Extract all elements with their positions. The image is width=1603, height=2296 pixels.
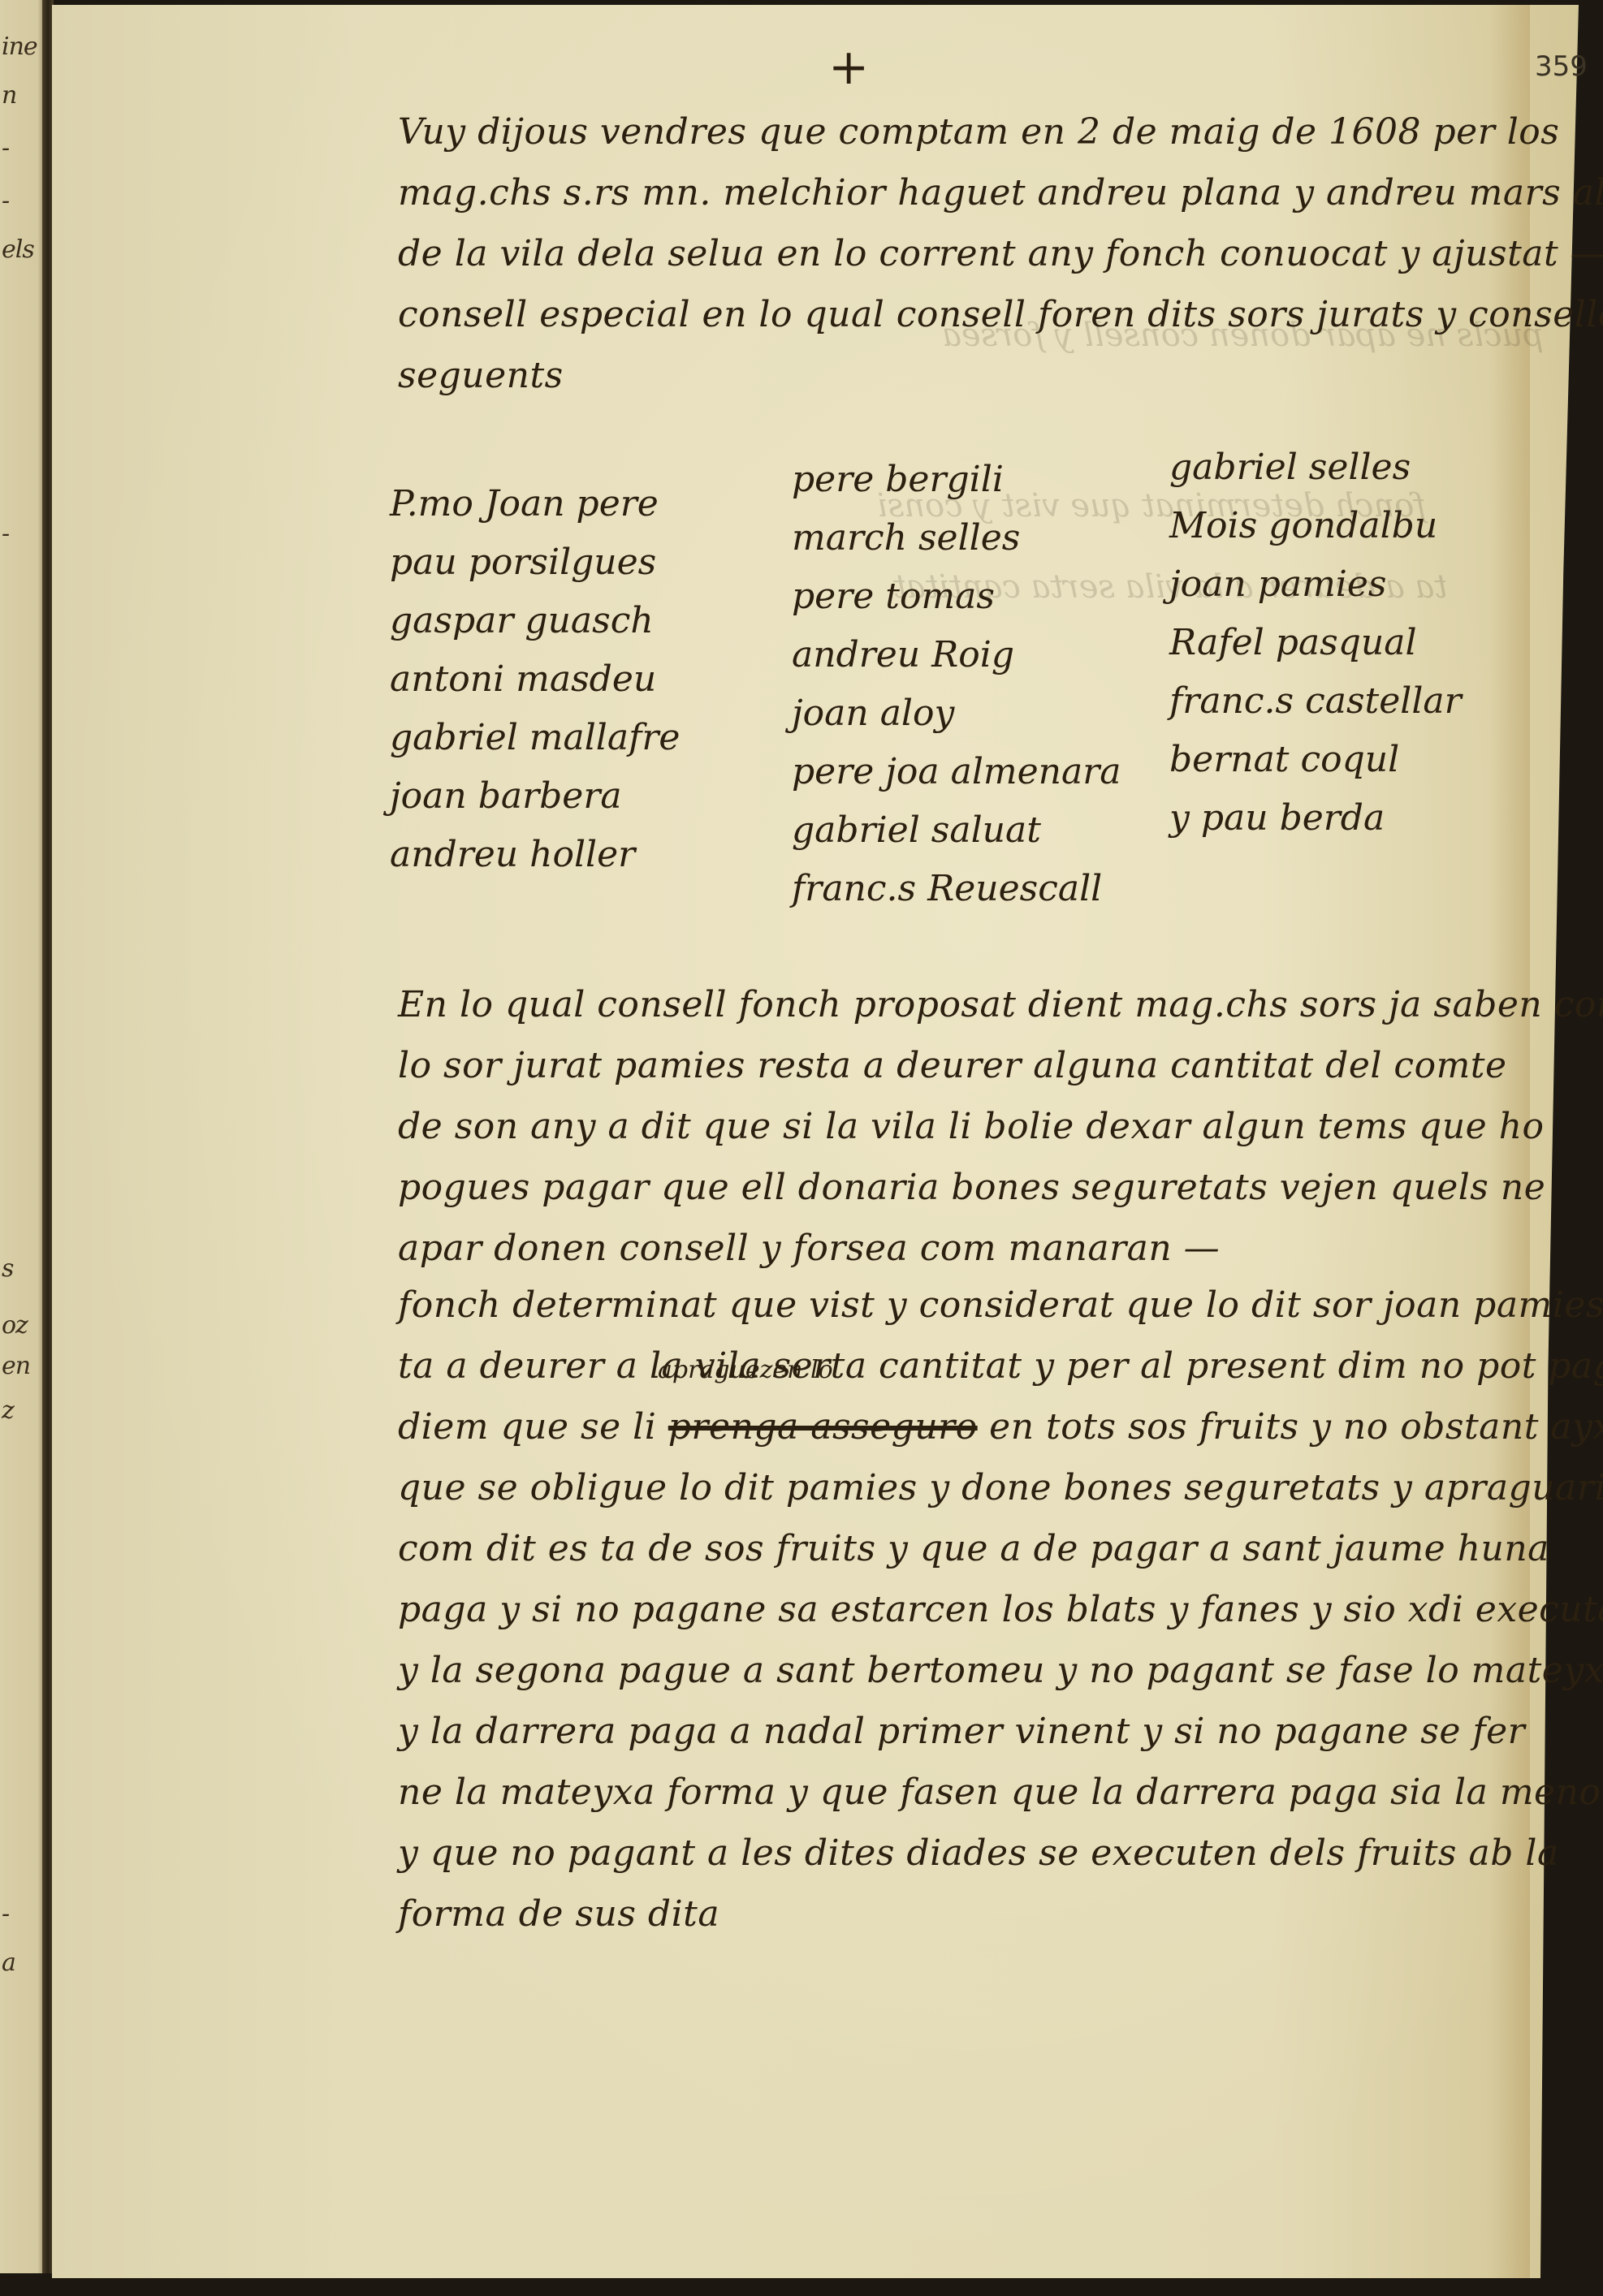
text-line: forma de sus dita — [398, 1884, 1584, 1944]
attendees-column-3: gabriel selles Mois gondalbu joan pamies… — [1169, 438, 1462, 848]
text-line: mag.chs s.rs mn. melchior haguet andreu … — [398, 162, 1584, 223]
text-line: lo sor jurat pamies resta a deurer algun… — [398, 1035, 1584, 1096]
attendee-name: march selles — [792, 509, 1121, 568]
margin-fragment: n — [2, 81, 16, 110]
header-cross-mark: + — [828, 39, 869, 96]
margin-fragment: oz — [2, 1311, 28, 1340]
attendee-name: antoni masdeu — [390, 650, 680, 709]
previous-leaf-edge: ine n - - els - s oz en z - a — [0, 0, 47, 2273]
text-line: que se obligue lo dit pamies y done bone… — [398, 1457, 1584, 1518]
text-line: apar donen consell y forsea com manaran … — [398, 1218, 1584, 1279]
attendee-name: franc.s castellar — [1169, 672, 1462, 731]
margin-fragment: - — [2, 1900, 9, 1928]
margin-fragment: - — [2, 134, 9, 162]
attendee-name: gabriel selles — [1169, 438, 1462, 497]
attendee-name: pere bergili — [792, 451, 1121, 509]
attendee-name: P.mo Joan pere — [390, 475, 680, 533]
text-line: Vuy dijous vendres que comptam en 2 de m… — [398, 101, 1584, 162]
text-line: y la darrera paga a nadal primer vinent … — [398, 1701, 1584, 1762]
attendee-name: joan aloy — [792, 684, 1121, 743]
text-line: com dit es ta de sos fruits y que a de p… — [398, 1518, 1584, 1579]
margin-fragment: els — [2, 235, 34, 264]
margin-fragment: - — [2, 520, 9, 548]
preamble-paragraph: Vuy dijous vendres que comptam en 2 de m… — [398, 101, 1584, 406]
attendee-name: joan barbera — [390, 767, 680, 826]
attendee-name: gabriel mallafre — [390, 709, 680, 767]
margin-fragment: z — [2, 1396, 14, 1425]
struck-text: prenga asseguro — [668, 1406, 978, 1448]
text-line: paga y si no pagane sa estarcen los blat… — [398, 1579, 1584, 1640]
text-line: ne la mateyxa forma y que fasen que la d… — [398, 1762, 1584, 1823]
proposal-paragraph: En lo qual consell fonch proposat dient … — [398, 974, 1584, 1279]
text-line-with-strikeout: diem que se li prenga asseguro en tots s… — [398, 1396, 1584, 1457]
margin-fragment: a — [2, 1949, 15, 1977]
attendee-name: franc.s Reuescall — [792, 860, 1121, 918]
text-line: seguents — [398, 345, 1584, 406]
line-text: diem que se li — [398, 1406, 668, 1448]
determination-paragraph: fonch determinat que vist y considerat q… — [398, 1275, 1584, 1944]
attendee-name: bernat coqul — [1169, 731, 1462, 789]
margin-fragment: en — [2, 1352, 30, 1380]
attendee-name: Mois gondalbu — [1169, 497, 1462, 555]
text-line: de la vila dela selua en lo corrent any … — [398, 223, 1584, 284]
attendee-name: Rafel pasqual — [1169, 614, 1462, 672]
margin-fragment: s — [2, 1254, 13, 1283]
text-line: y la segona pague a sant bertomeu y no p… — [398, 1640, 1584, 1701]
text-line: y que no pagant a les dites diades se ex… — [398, 1823, 1584, 1884]
text-line: ta a deurer a la vila serta cantitat y p… — [398, 1336, 1584, 1396]
attendees-column-1: P.mo Joan pere pau porsilgues gaspar gua… — [390, 475, 680, 884]
margin-fragment: ine — [2, 32, 37, 61]
attendees-column-2: pere bergili march selles pere tomas and… — [792, 451, 1121, 918]
folio-number: 359 — [1535, 50, 1588, 83]
text-line: de son any a dit que si la vila li bolie… — [398, 1096, 1584, 1157]
attendee-name: andreu Roig — [792, 626, 1121, 684]
attendee-name: gabriel saluat — [792, 801, 1121, 860]
attendee-name: gaspar guasch — [390, 592, 680, 650]
attendee-name: joan pamies — [1169, 555, 1462, 614]
attendee-name: y pau berda — [1169, 789, 1462, 848]
text-line: consell especial en lo qual consell fore… — [398, 284, 1584, 345]
binding-gutter — [42, 0, 54, 2273]
line-text: en tots sos fruits y no obstant ayxo — [978, 1406, 1603, 1448]
attendee-name: pere tomas — [792, 568, 1121, 626]
text-line: fonch determinat que vist y considerat q… — [398, 1275, 1584, 1336]
attendee-name: andreu holler — [390, 826, 680, 884]
attendee-name: pere joa almenara — [792, 743, 1121, 801]
text-line: En lo qual consell fonch proposat dient … — [398, 974, 1584, 1035]
text-line: pogues pagar que ell donaria bones segur… — [398, 1157, 1584, 1218]
attendee-name: pau porsilgues — [390, 533, 680, 592]
margin-fragment: - — [2, 187, 9, 215]
